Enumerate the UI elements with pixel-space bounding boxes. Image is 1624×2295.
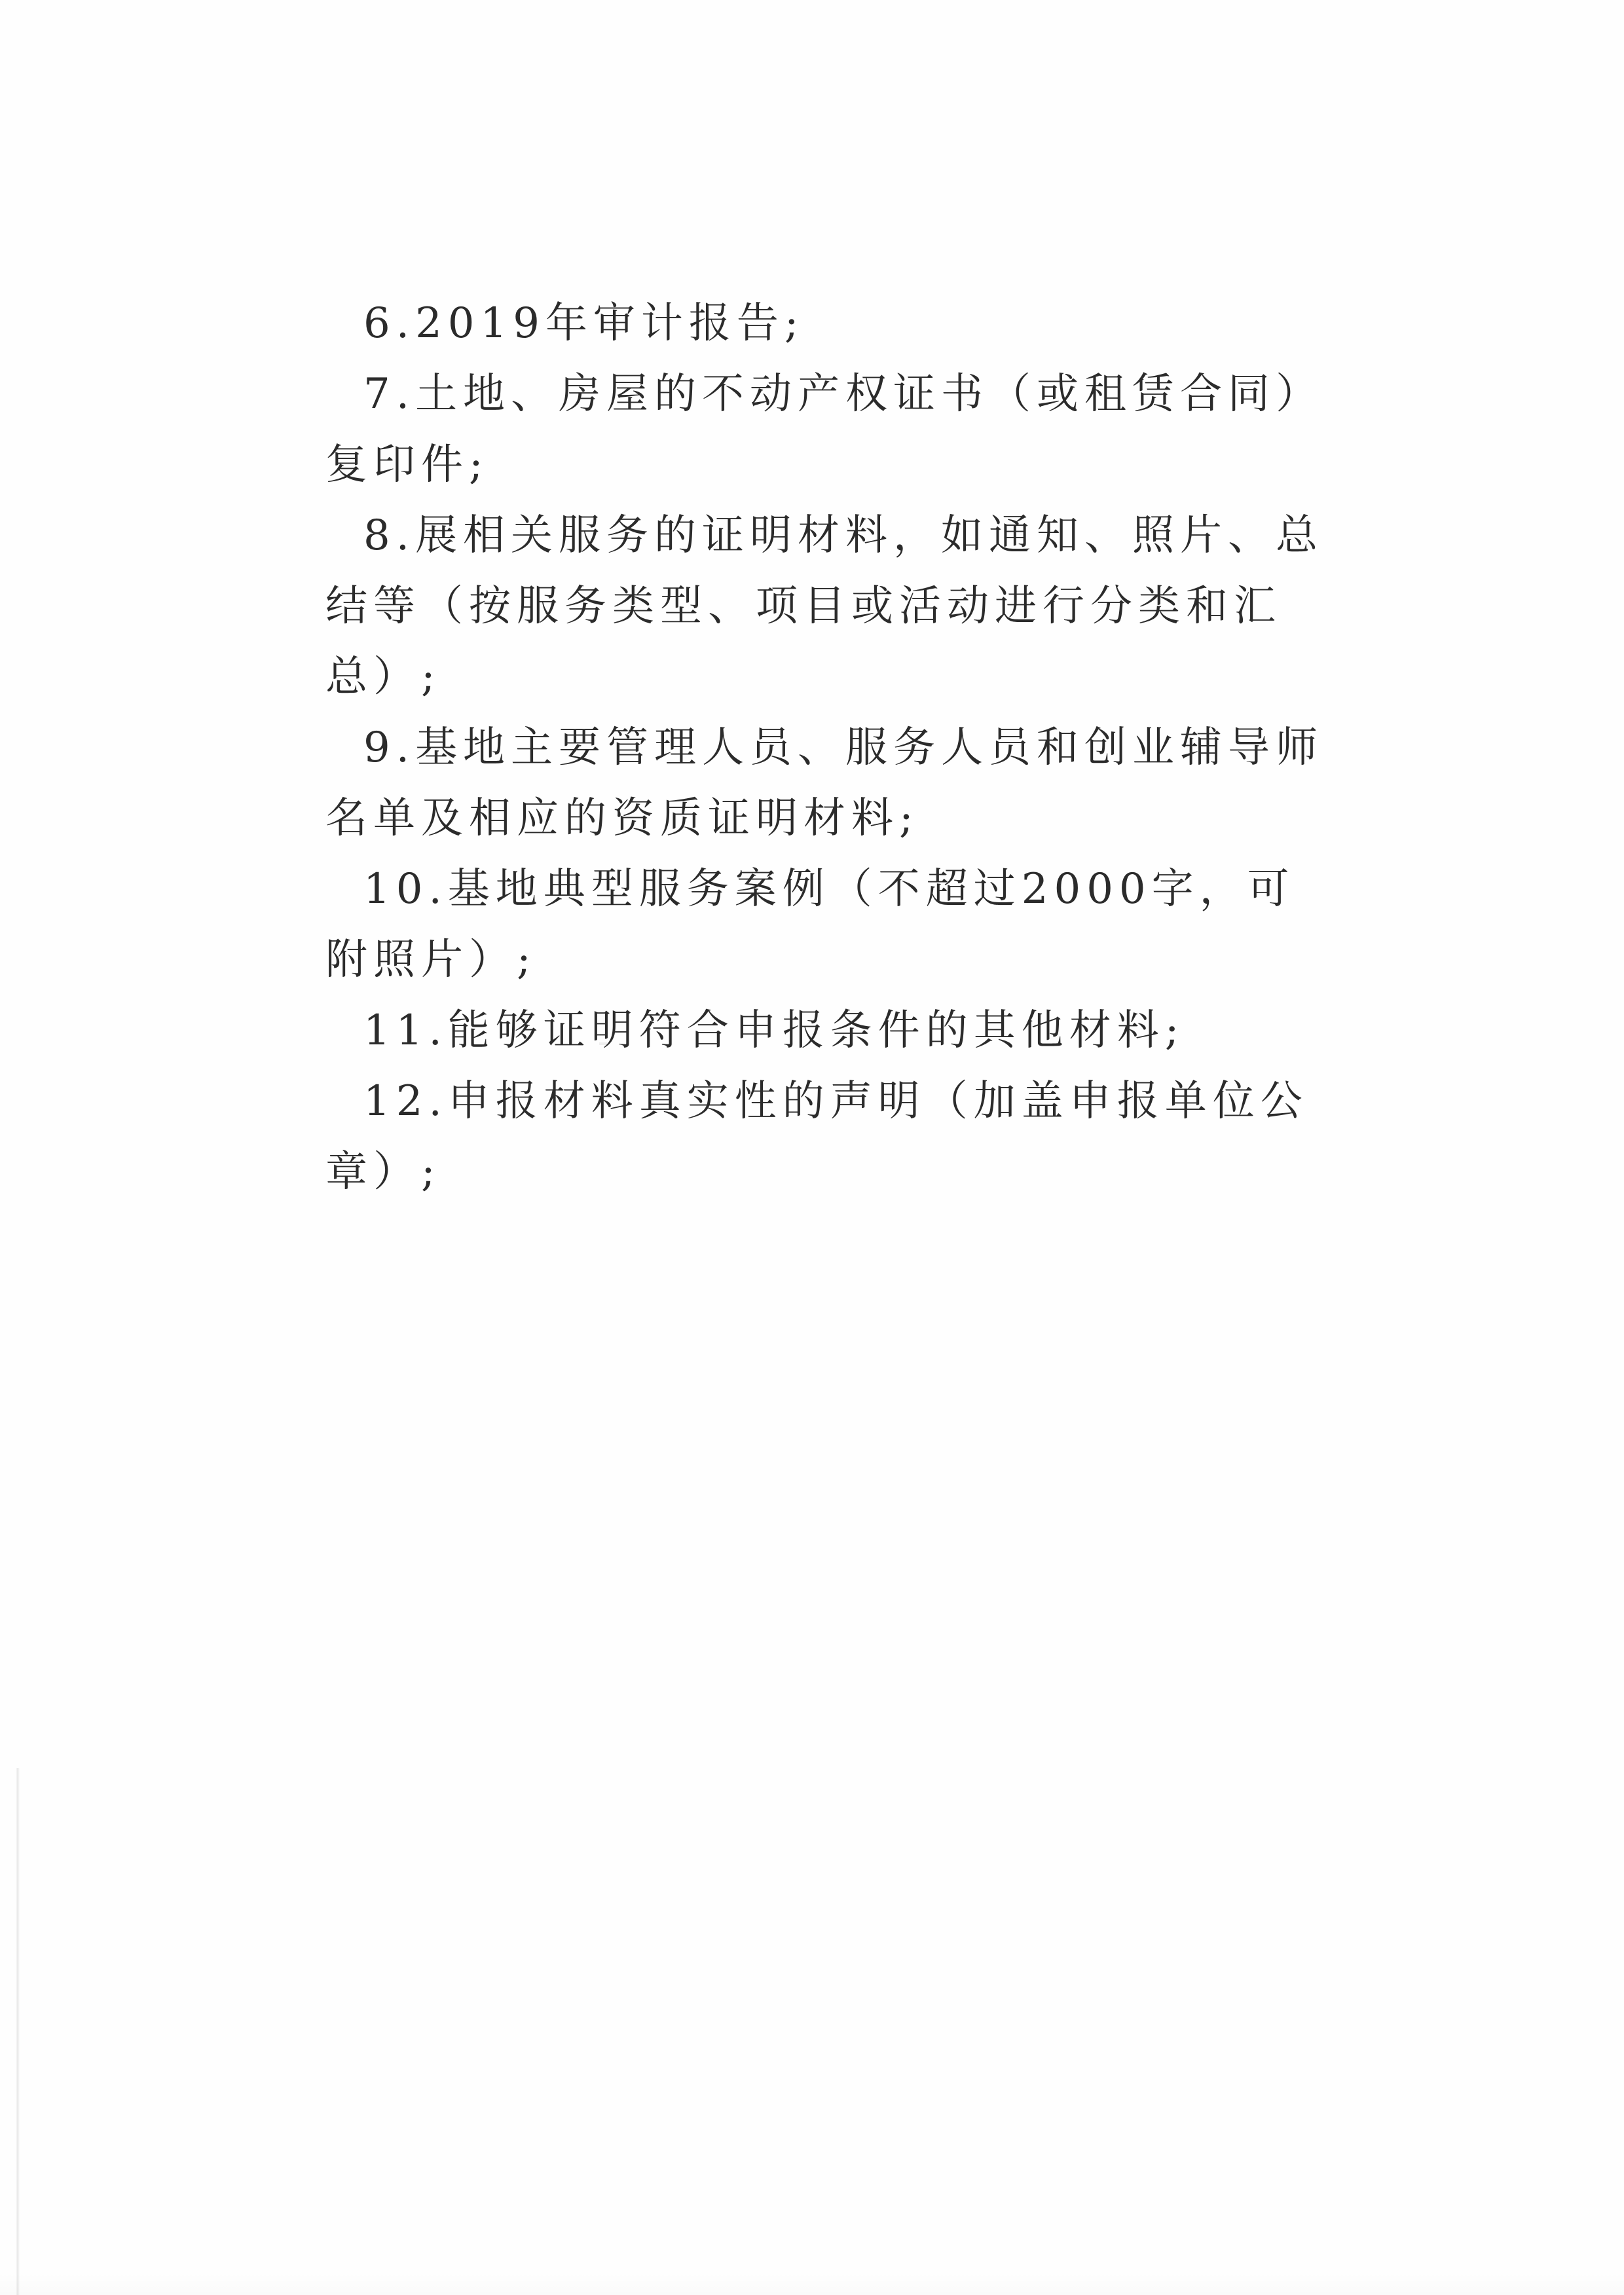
scan-artifact-speck	[599, 1042, 607, 1045]
list-item-8: 8.展相关服务的证明材料，如通知、照片、总结等（按服务类型、项目或活动进行分类和…	[325, 500, 1334, 712]
item-text: 土地、房屋的不动产权证书（或租赁合同）复印件;	[325, 370, 1323, 489]
item-text: 展相关服务的证明材料，如通知、照片、总结等（按服务类型、项目或活动进行分类和汇总…	[325, 511, 1323, 701]
list-item-7: 7.土地、房屋的不动产权证书（或租赁合同）复印件;	[325, 359, 1334, 500]
item-text: 基地典型服务案例（不超过2000字，可附照片）;	[325, 865, 1295, 984]
item-number: 8.	[363, 511, 415, 560]
item-text: 能够证明符合申报条件的其他材料;	[448, 1006, 1185, 1055]
requirements-list: 6.2019年审计报告; 7.土地、房屋的不动产权证书（或租赁合同）复印件; 8…	[325, 288, 1334, 1207]
list-item-10: 10.基地典型服务案例（不超过2000字，可附照片）;	[325, 854, 1334, 995]
scanned-page: 6.2019年审计报告; 7.土地、房屋的不动产权证书（或租赁合同）复印件; 8…	[0, 0, 1624, 2295]
list-item-9: 9.基地主要管理人员、服务人员和创业辅导师名单及相应的资质证明材料;	[325, 712, 1334, 854]
item-number: 10.	[363, 865, 448, 913]
item-number: 7.	[363, 370, 415, 418]
item-text: 申报材料真实性的声明（加盖申报单位公章）;	[325, 1077, 1308, 1196]
item-number: 12.	[363, 1077, 448, 1126]
item-number: 9.	[363, 724, 415, 772]
list-item-6: 6.2019年审计报告;	[325, 288, 1334, 359]
item-text: 基地主要管理人员、服务人员和创业辅导师名单及相应的资质证明材料;	[325, 724, 1323, 843]
item-number: 11.	[363, 1006, 448, 1055]
item-number: 6.	[363, 299, 415, 348]
item-text: 2019年审计报告;	[415, 299, 804, 348]
scan-artifact-bottom-edge	[0, 2272, 1624, 2295]
list-item-12: 12.申报材料真实性的声明（加盖申报单位公章）;	[325, 1066, 1334, 1207]
list-item-11: 11.能够证明符合申报条件的其他材料;	[325, 995, 1334, 1066]
scan-artifact-line	[16, 1768, 20, 2295]
